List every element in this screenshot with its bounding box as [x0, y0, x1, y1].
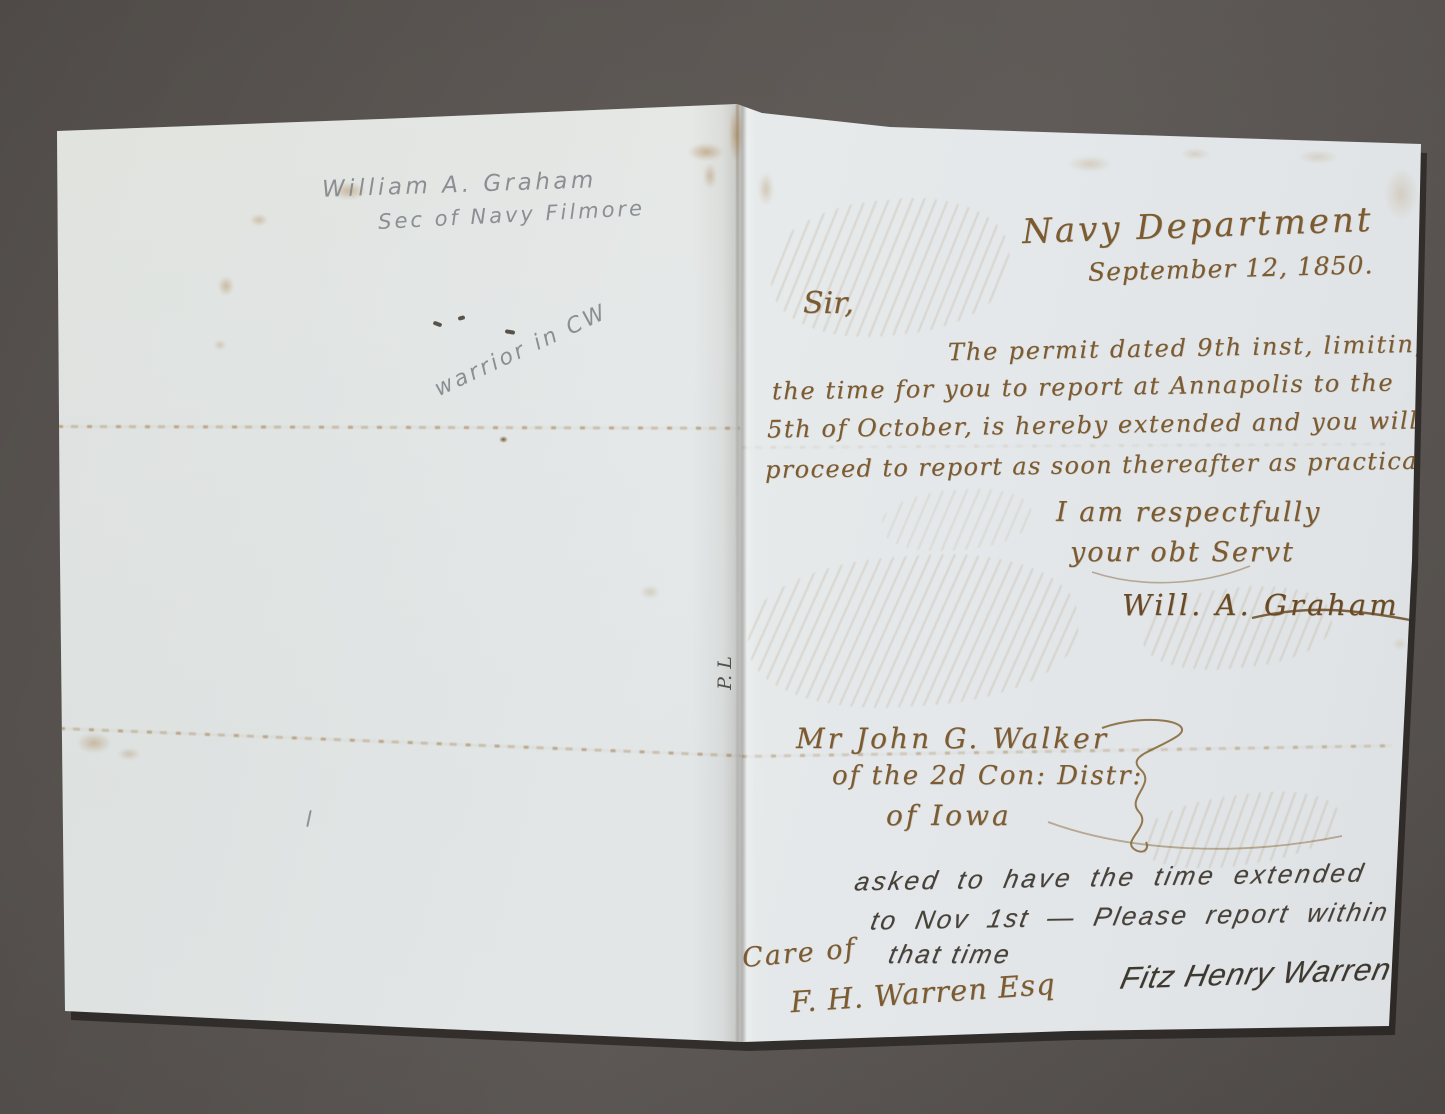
photo-of-letter: William A. Graham Sec of Navy Filmore wa… — [0, 0, 1445, 1114]
paper-vignette — [0, 0, 1445, 1114]
letter-sheet: William A. Graham Sec of Navy Filmore wa… — [0, 0, 1445, 1114]
